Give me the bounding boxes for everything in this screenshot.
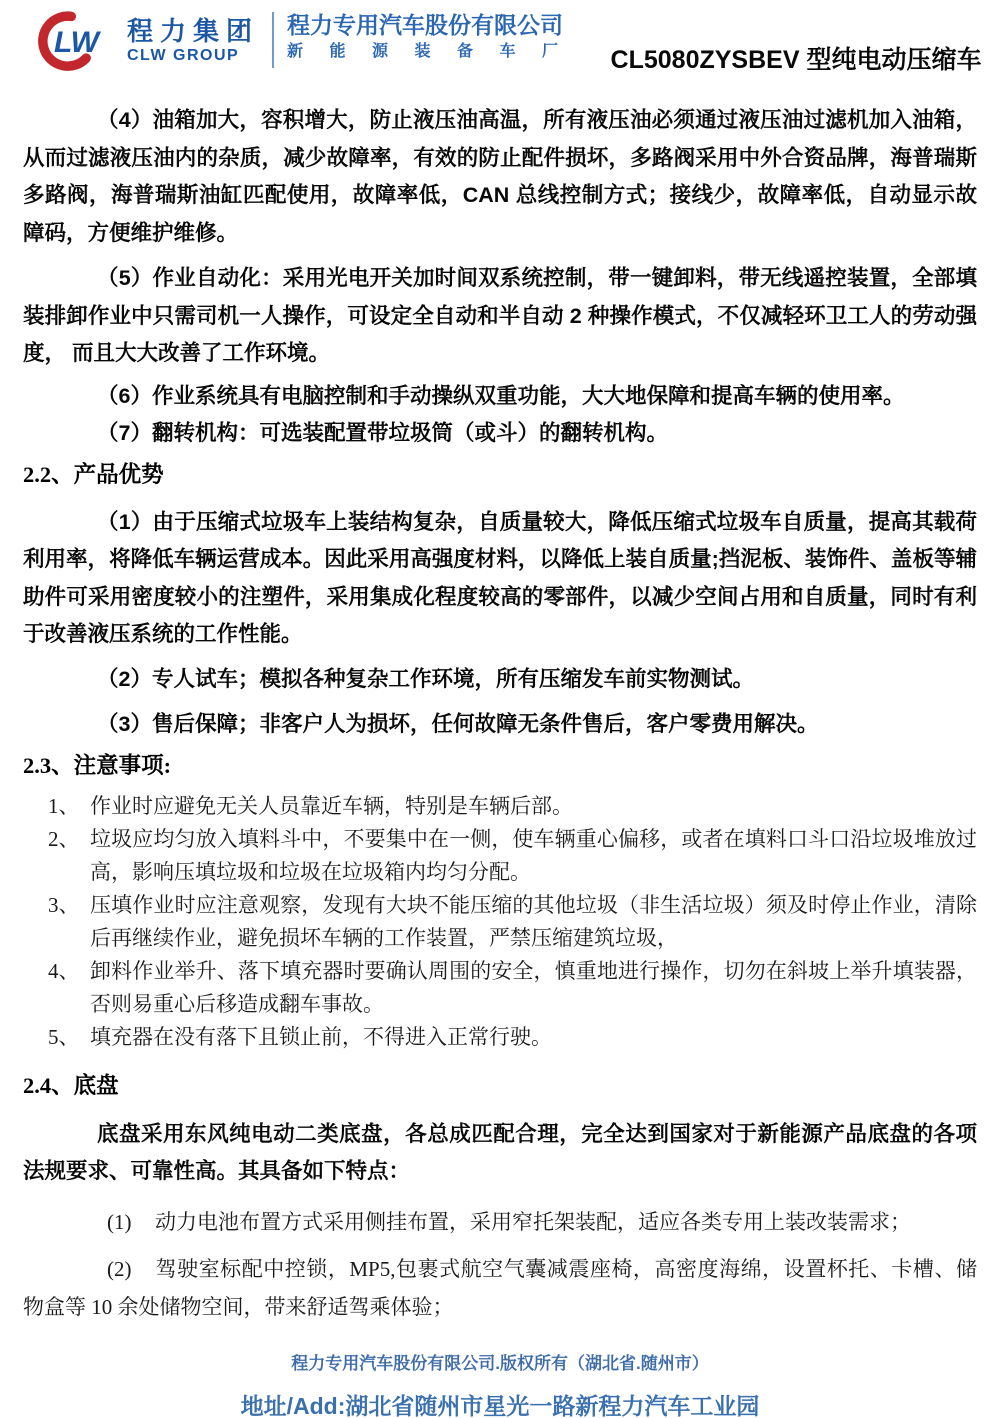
logo-en-text: CLW GROUP [127, 46, 259, 66]
clw-logo: LW 程力集团 CLW GROUP [33, 8, 259, 74]
note-item-1: 1、 作业时应避免无关人员靠近车辆，特别是车辆后部。 [23, 790, 977, 823]
note-item-2: 2、 垃圾应均匀放入填料斗中，不要集中在一侧，使车辆重心偏移，或者在填料口斗口沿… [23, 823, 977, 889]
note-marker: 1、 [48, 790, 90, 823]
section-title-product-advantages: 2.2、产品优势 [23, 460, 977, 490]
logo-text-block: 程力集团 CLW GROUP [127, 16, 259, 66]
paragraph-feature-4: （4）油箱加大，容积增大，防止液压油高温，所有液压油必须通过液压油过滤机加入油箱… [23, 102, 977, 252]
note-text: 垃圾应均匀放入填料斗中，不要集中在一侧，使车辆重心偏移，或者在填料口斗口沿垃圾堆… [90, 823, 977, 889]
chassis-item-marker: (1) [65, 1204, 155, 1242]
document-title: CL5080ZYSBEV 型纯电动压缩车 [611, 40, 982, 76]
chassis-item-marker: (2) [65, 1251, 155, 1289]
chassis-item-1: (1)动力电池布置方式采用侧挂布置，采用窄托架装配，适应各类专用上装改装需求； [23, 1204, 977, 1242]
clw-crescent-icon: LW [33, 8, 117, 74]
notes-list: 1、 作业时应避免无关人员靠近车辆，特别是车辆后部。 2、 垃圾应均匀放入填料斗… [23, 790, 977, 1054]
chassis-item-2: (2)驾驶室标配中控锁，MP5,包裹式航空气囊减震座椅，高密度海绵，设置杯托、卡… [23, 1251, 977, 1326]
footer-copyright: 程力专用汽车股份有限公司.版权所有（湖北省.随州市） [0, 1353, 1000, 1375]
note-marker: 4、 [48, 955, 90, 1021]
chassis-intro: 底盘采用东风纯电动二类底盘，各总成匹配合理，完全达到国家对于新能源产品底盘的各项… [23, 1116, 977, 1191]
paragraph-feature-6: （6）作业系统具有电脑控制和手动操纵双重功能，大大地保障和提高车辆的使用率。 [23, 378, 977, 416]
note-marker: 5、 [48, 1021, 90, 1054]
note-item-3: 3、 压填作业时应注意观察，发现有大块不能压缩的其他垃圾（非生活垃圾）须及时停止… [23, 889, 977, 955]
chassis-item-text: 动力电池布置方式采用侧挂布置，采用窄托架装配，适应各类专用上装改装需求； [155, 1210, 911, 1234]
advantage-item-1: （1）由于压缩式垃圾车上装结构复杂，自质量较大，降低压缩式垃圾车自质量，提高其载… [23, 504, 977, 654]
note-text: 作业时应避免无关人员靠近车辆，特别是车辆后部。 [90, 790, 977, 823]
note-marker: 2、 [48, 823, 90, 889]
note-text: 填充器在没有落下且锁止前，不得进入正常行驶。 [90, 1021, 977, 1054]
note-text: 压填作业时应注意观察，发现有大块不能压缩的其他垃圾（非生活垃圾）须及时停止作业，… [90, 889, 977, 955]
advantage-item-3: （3）售后保障；非客户人为损坏，任何故障无条件售后，客户零费用解决。 [23, 706, 977, 744]
note-text: 卸料作业举升、落下填充器时要确认周围的安全，慎重地进行操作，切勿在斜坡上举升填装… [90, 955, 977, 1021]
paragraph-feature-5: （5）作业自动化：采用光电开关加时间双系统控制，带一键卸料，带无线遥控装置，全部… [23, 260, 977, 373]
svg-text:LW: LW [54, 26, 102, 59]
document-footer: 程力专用汽车股份有限公司.版权所有（湖北省.随州市） 地址/Add:湖北省随州市… [0, 1353, 1000, 1418]
paragraph-feature-7: （7）翻转机构：可选装配置带垃圾筒（或斗）的翻转机构。 [23, 415, 977, 453]
advantage-item-2: （2）专人试车；模拟各种复杂工作环境，所有压缩发车前实物测试。 [23, 661, 977, 699]
note-item-4: 4、 卸料作业举升、落下填充器时要确认周围的安全，慎重地进行操作，切勿在斜坡上举… [23, 955, 977, 1021]
section-title-chassis: 2.4、底盘 [23, 1071, 977, 1101]
logo-cn-text: 程力集团 [127, 16, 259, 46]
note-item-5: 5、 填充器在没有落下且锁止前，不得进入正常行驶。 [23, 1021, 977, 1054]
header-divider [272, 12, 274, 68]
document-page: LW 程力集团 CLW GROUP 程力专用汽车股份有限公司 新能源装备车厂 C… [0, 0, 1000, 1418]
company-name-block: 程力专用汽车股份有限公司 新能源装备车厂 [287, 8, 585, 64]
company-subtitle: 新能源装备车厂 [287, 40, 585, 64]
document-body: （4）油箱加大，容积增大，防止液压油高温，所有液压油必须通过液压油过滤机加入油箱… [0, 102, 1000, 1326]
section-title-notes: 2.3、注意事项: [23, 751, 977, 781]
document-header: LW 程力集团 CLW GROUP 程力专用汽车股份有限公司 新能源装备车厂 C… [0, 0, 1000, 76]
chassis-item-text: 驾驶室标配中控锁，MP5,包裹式航空气囊减震座椅，高密度海绵，设置杯托、卡槽、储… [23, 1257, 977, 1319]
footer-address: 地址/Add:湖北省随州市星光一路新程力汽车工业园 [0, 1392, 1000, 1418]
company-name: 程力专用汽车股份有限公司 [287, 10, 585, 40]
note-marker: 3、 [48, 889, 90, 955]
